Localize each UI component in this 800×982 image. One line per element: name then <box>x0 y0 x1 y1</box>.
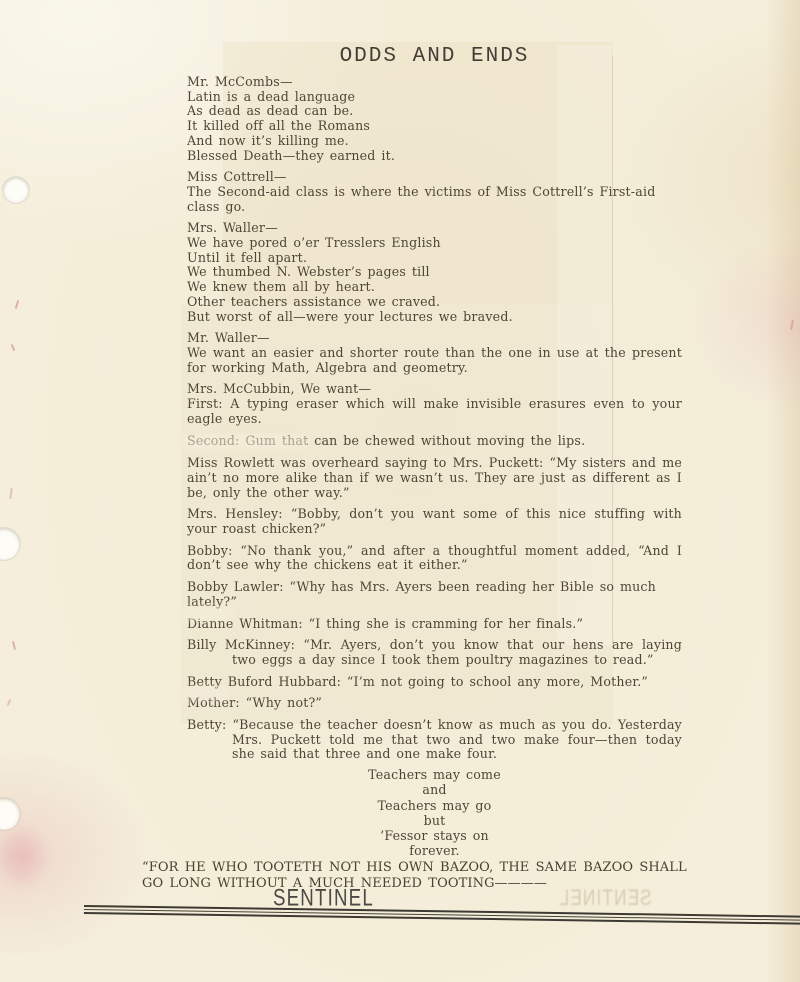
body-line: The Second-aid class is where the victim… <box>187 185 682 214</box>
verse-line: It killed off all the Romans <box>187 119 682 134</box>
poem-line: Teachers may go <box>187 798 682 813</box>
scanned-page: ODDS AND ENDS Mr. McCombs— Latin is a de… <box>0 0 800 982</box>
section-quips: Miss Rowlett was overheard saying to Mrs… <box>187 456 682 762</box>
section-mrs-waller: Mrs. Waller— We have pored o’er Tressler… <box>187 221 682 324</box>
quip-paragraph: Mother: “Why not?” <box>187 696 682 711</box>
speaker-label: Mrs. Waller— <box>187 221 682 236</box>
verse-line: Other teachers assistance we craved. <box>187 295 682 310</box>
section-cottrell: Miss Cottrell— The Second-aid class is w… <box>187 170 682 214</box>
faded-ink-artifact <box>181 434 309 449</box>
faded-ink-artifact <box>181 686 229 701</box>
body-paragraph: We want an easier and shorter route than… <box>187 346 682 375</box>
poem-line: and <box>187 782 682 797</box>
quip-paragraph: Betty: “Because the teacher doesn’t know… <box>187 718 682 762</box>
faded-ink-artifact <box>181 606 233 621</box>
body-paragraph: First: A typing eraser which will make i… <box>187 397 682 426</box>
speaker-label: Miss Cottrell— <box>187 170 682 185</box>
closing-poem: Teachers may come and Teachers may go bu… <box>187 767 682 858</box>
poem-line: ’Fessor stays on <box>187 828 682 843</box>
poem-line: Teachers may come <box>187 767 682 782</box>
footer-rule-lines <box>84 905 800 924</box>
poem-line: forever. <box>187 843 682 858</box>
verse-line: Until it fell apart. <box>187 251 682 266</box>
page-title: ODDS AND ENDS <box>187 46 682 68</box>
verse-line: We thumbed N. Webster’s pages till <box>187 265 682 280</box>
page-body: ODDS AND ENDS Mr. McCombs— Latin is a de… <box>0 0 800 892</box>
masthead-ghost-showthrough: SENTINEL <box>564 885 651 911</box>
verse-line: We knew them all by heart. <box>187 280 682 295</box>
section-mccombs: Mr. McCombs— Latin is a dead language As… <box>187 75 682 163</box>
verse-line: As dead as dead can be. <box>187 104 682 119</box>
section-mr-waller: Mr. Waller— We want an easier and shorte… <box>187 331 682 375</box>
verse-line: We have pored o’er Tresslers English <box>187 236 682 251</box>
verse-line: Latin is a dead language <box>187 90 682 105</box>
verse-line: But worst of all—were your lectures we b… <box>187 310 682 325</box>
speaker-label: Mrs. McCubbin, We want— <box>187 382 682 397</box>
motto-line: “FOR HE WHO TOOTETH NOT HIS OWN BAZOO, T… <box>142 860 682 876</box>
quip-paragraph: Bobby: “No thank you,” and after a thoug… <box>187 544 682 573</box>
quip-paragraph: Miss Rowlett was overheard saying to Mrs… <box>187 456 682 500</box>
poem-line: but <box>187 813 682 828</box>
quip-paragraph: Mrs. Hensley: “Bobby, don’t you want som… <box>187 507 682 536</box>
quip-paragraph: Bobby Lawler: “Why has Mrs. Ayers been r… <box>187 580 682 609</box>
speaker-label: Mr. Waller— <box>187 331 682 346</box>
verse-line: And now it’s killing me. <box>187 134 682 149</box>
quip-paragraph: Dianne Whitman: “I thing she is cramming… <box>187 617 682 632</box>
speaker-label: Mr. McCombs— <box>187 75 682 90</box>
quip-paragraph: Billy McKinney: “Mr. Ayers, don’t you kn… <box>187 638 682 667</box>
quip-paragraph: Betty Buford Hubbard: “I’m not going to … <box>187 675 682 690</box>
verse-tagline: Blessed Death—they earned it. <box>187 149 682 164</box>
